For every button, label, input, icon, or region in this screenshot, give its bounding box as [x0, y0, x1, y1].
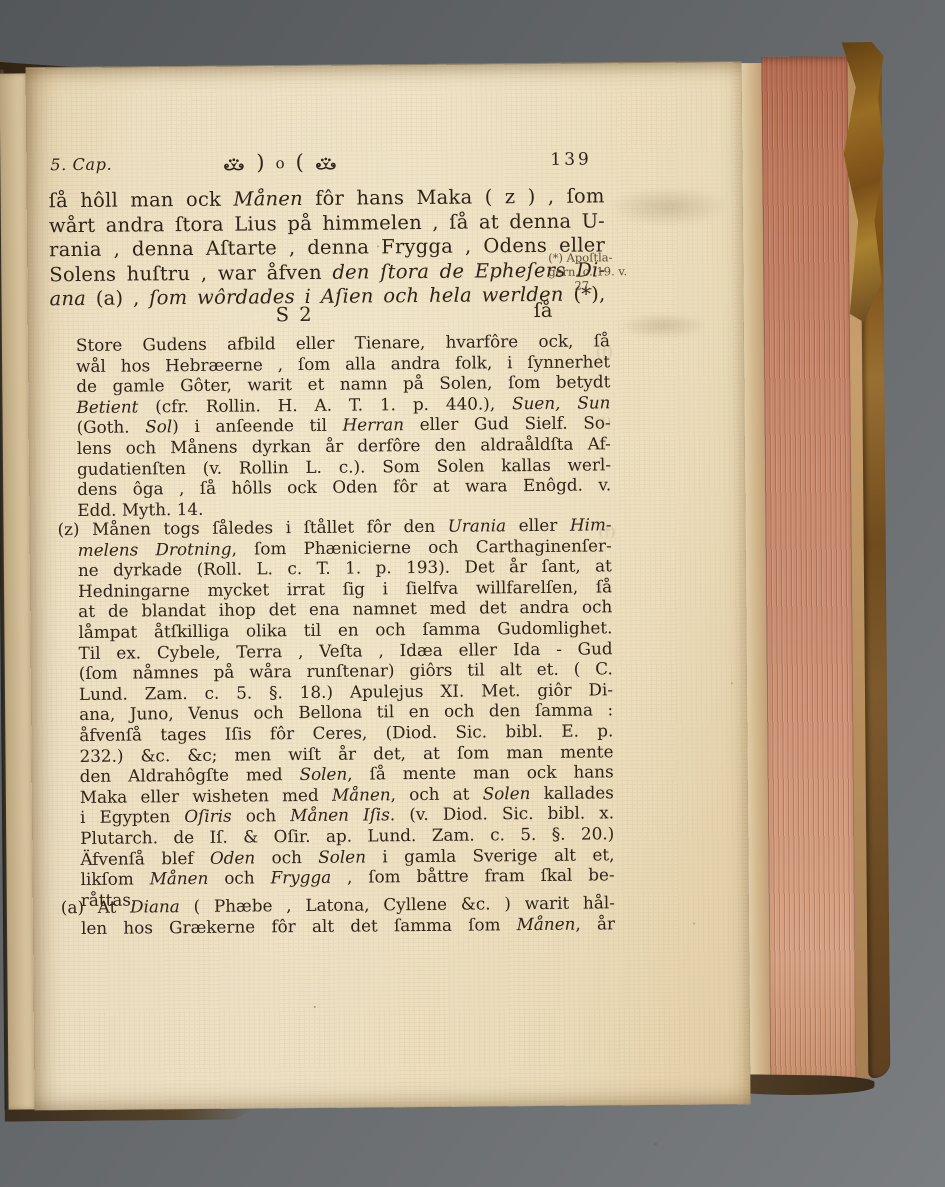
margin-note: (*) Apoſtla- gern. c. 19. v. 27.: [548, 250, 654, 293]
showthrough-smudge: [609, 186, 729, 227]
page-number: 139: [550, 149, 592, 169]
divider-paren-left: ): [256, 152, 264, 173]
showthrough-mark: †: [597, 581, 604, 596]
margin-note-line: gern. c. 19. v.: [548, 264, 654, 279]
main-paragraph: ſå hôll man ock Månen fôr hans Maka ( z …: [49, 184, 606, 311]
catchword: ſå: [534, 299, 553, 322]
text-line: ana (a) , ſom wôrdades i Aſien och hela …: [49, 282, 605, 311]
book-fore-edge: [761, 56, 856, 1085]
showthrough-mark: (†): [599, 525, 616, 540]
showthrough-mark: (‡): [595, 415, 612, 430]
fleuron-icon: [315, 156, 338, 171]
showthrough-mark: (†): [596, 345, 613, 360]
divider-circle: o: [275, 156, 284, 171]
fleuron-icon: [222, 157, 245, 172]
book-page: 5. Cap. ) o (: [26, 61, 751, 1110]
signature-mark: S 2: [276, 303, 314, 326]
book: 5. Cap. ) o (: [0, 0, 945, 1187]
footnote-a: (a) At Diana ( Phæbe , Latona, Cyllene &…: [61, 892, 615, 938]
running-header: 5. Cap. ) o (: [26, 146, 742, 180]
scanned-book-photo: 5. Cap. ) o (: [0, 0, 945, 1187]
showthrough-smudge: [618, 312, 708, 339]
chapter-label: 5. Cap.: [50, 155, 112, 175]
header-ornament-group: ) o (: [222, 150, 338, 179]
text-line: len hos Grækerne fôr alt det ſamma ſom M…: [81, 913, 615, 938]
margin-note-line: (*) Apoſtla-: [548, 250, 654, 265]
footnote-continuation: Store Gudens afbild eller Tienare, hvarf…: [76, 330, 612, 520]
divider-paren-right: (: [295, 151, 303, 172]
footnote-z: (z) Månen togs ſåledes i ſtållet fôr den…: [57, 514, 614, 910]
margin-note-line: 27.: [548, 278, 654, 293]
